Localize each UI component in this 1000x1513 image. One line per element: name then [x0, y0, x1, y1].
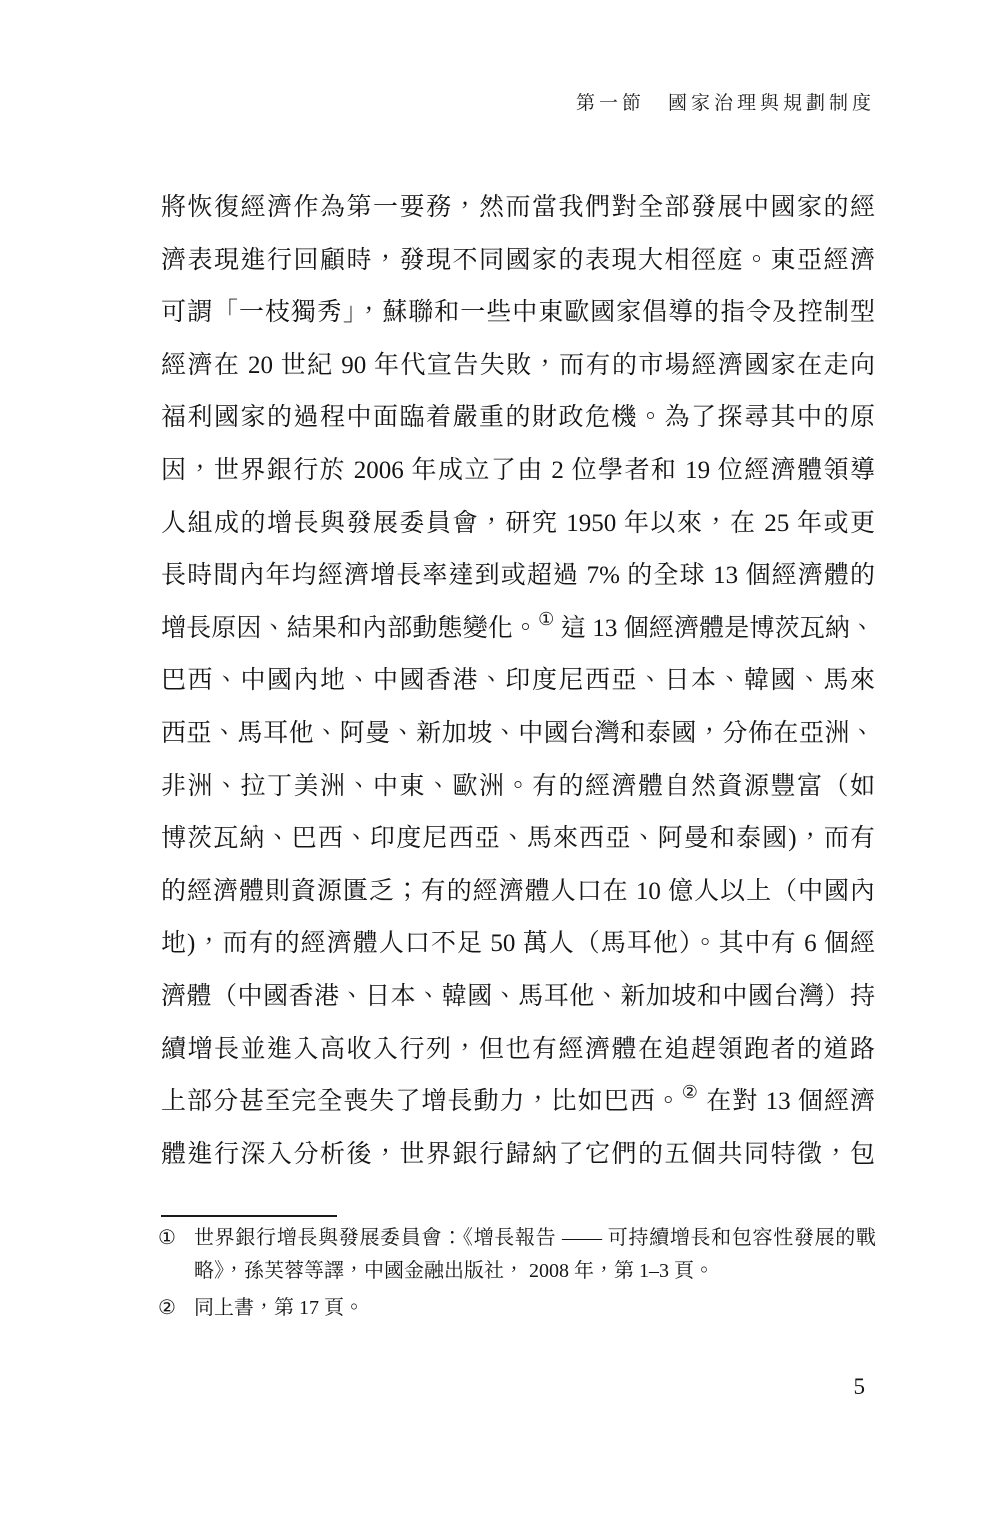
text-line-content: 在對 13 個經濟 [699, 1088, 875, 1115]
body-text-block: 將恢復經濟作為第一要務，然而當我們對全部發展中國家的經 濟表現進行回顧時，發現不… [161, 182, 875, 1181]
footnote-2-marker: ② [158, 1292, 186, 1325]
text-line-content: 將恢復經濟作為第一要務，然而當我們對全部發展中國家的經 [161, 194, 875, 221]
text-line: 可謂「一枝獨秀」，蘇聯和一些中東歐國家倡導的指令及控制型 [161, 287, 875, 340]
footnote-1-text: 世界銀行增長與發展委員會：《增長報告 —— 可持續增長和包容性發展的戰略》，孫芙… [194, 1222, 876, 1288]
text-line-content: 上部分甚至完全喪失了增長動力，比如巴西。 [161, 1088, 682, 1115]
text-line-content: 福利國家的過程中面臨着嚴重的財政危機。為了探尋其中的原 [161, 404, 875, 431]
text-line: 非洲、拉丁美洲、中東、歐洲。有的經濟體自然資源豐富（如 [161, 761, 875, 814]
text-line: 的經濟體則資源匱乏；有的經濟體人口在 10 億人以上（中國內 [161, 866, 875, 919]
text-line-content: 體進行深入分析後，世界銀行歸納了它們的五個共同特徵，包 [161, 1141, 875, 1168]
text-line-content: 西亞、馬耳他、阿曼、新加坡、中國台灣和泰國，分佈在亞洲、 [161, 720, 875, 747]
footnote-separator-rule [161, 1215, 337, 1217]
text-line-content: 濟表現進行回顧時，發現不同國家的表現大相徑庭。東亞經濟 [161, 247, 875, 274]
book-page: 第一節 國家治理與規劃制度 將恢復經濟作為第一要務，然而當我們對全部發展中國家的… [0, 0, 1000, 1513]
text-line: 博茨瓦納、巴西、印度尼西亞、馬來西亞、阿曼和泰國)，而有 [161, 813, 875, 866]
text-line: 濟體（中國香港、日本、韓國、馬耳他、新加坡和中國台灣）持 [161, 971, 875, 1024]
footnote-2-text: 同上書，第 17 頁。 [194, 1292, 876, 1325]
footnote-1-marker: ① [158, 1222, 186, 1255]
text-line-content: 增長原因、結果和內部動態變化。 [161, 615, 538, 642]
footnote-1: ① 世界銀行增長與發展委員會：《增長報告 —— 可持續增長和包容性發展的戰略》，… [158, 1222, 876, 1288]
text-line: 上部分甚至完全喪失了增長動力，比如巴西。② 在對 13 個經濟 [161, 1076, 875, 1129]
text-line-content: 可謂「一枝獨秀」，蘇聯和一些中東歐國家倡導的指令及控制型 [161, 299, 875, 326]
text-line: 西亞、馬耳他、阿曼、新加坡、中國台灣和泰國，分佈在亞洲、 [161, 708, 875, 761]
text-line: 續增長並進入高收入行列，但也有經濟體在追趕領跑者的道路 [161, 1024, 875, 1077]
footnote-ref-1: ① [538, 609, 554, 629]
text-line-content: 人組成的增長與發展委員會，研究 1950 年以來，在 25 年或更 [161, 510, 875, 537]
text-line-content: 地)，而有的經濟體人口不足 50 萬人（馬耳他）。其中有 6 個經 [161, 930, 875, 957]
footnote-2: ② 同上書，第 17 頁。 [158, 1292, 876, 1325]
text-line-content: 巴西、中國內地、中國香港、印度尼西亞、日本、韓國、馬來 [161, 667, 875, 694]
text-line-content: 博茨瓦納、巴西、印度尼西亞、馬來西亞、阿曼和泰國)，而有 [161, 825, 875, 852]
text-line: 福利國家的過程中面臨着嚴重的財政危機。為了探尋其中的原 [161, 392, 875, 445]
text-line-content: 非洲、拉丁美洲、中東、歐洲。有的經濟體自然資源豐富（如 [161, 773, 875, 800]
text-line: 經濟在 20 世紀 90 年代宣告失敗，而有的市場經濟國家在走向 [161, 340, 875, 393]
footnotes-block: ① 世界銀行增長與發展委員會：《增長報告 —— 可持續增長和包容性發展的戰略》，… [158, 1222, 876, 1325]
text-line: 將恢復經濟作為第一要務，然而當我們對全部發展中國家的經 [161, 182, 875, 235]
page-number: 5 [854, 1374, 866, 1400]
text-line: 人組成的增長與發展委員會，研究 1950 年以來，在 25 年或更 [161, 498, 875, 551]
text-line-content: 續增長並進入高收入行列，但也有經濟體在追趕領跑者的道路 [161, 1036, 875, 1063]
text-line-content: 因，世界銀行於 2006 年成立了由 2 位學者和 19 位經濟體領導 [161, 457, 875, 484]
text-line-content: 經濟在 20 世紀 90 年代宣告失敗，而有的市場經濟國家在走向 [161, 352, 875, 379]
text-line: 體進行深入分析後，世界銀行歸納了它們的五個共同特徵，包 [161, 1129, 875, 1182]
text-line: 巴西、中國內地、中國香港、印度尼西亞、日本、韓國、馬來 [161, 655, 875, 708]
text-line-content: 的經濟體則資源匱乏；有的經濟體人口在 10 億人以上（中國內 [161, 878, 875, 905]
text-line-content: 濟體（中國香港、日本、韓國、馬耳他、新加坡和中國台灣）持 [161, 983, 875, 1010]
running-header: 第一節 國家治理與規劃制度 [576, 88, 875, 115]
text-line: 地)，而有的經濟體人口不足 50 萬人（馬耳他）。其中有 6 個經 [161, 918, 875, 971]
text-line-content: 這 13 個經濟體是博茨瓦納、 [554, 615, 875, 642]
text-line: 濟表現進行回顧時，發現不同國家的表現大相徑庭。東亞經濟 [161, 235, 875, 288]
text-line: 增長原因、結果和內部動態變化。① 這 13 個經濟體是博茨瓦納、 [161, 603, 875, 656]
text-line: 因，世界銀行於 2006 年成立了由 2 位學者和 19 位經濟體領導 [161, 445, 875, 498]
text-line-content: 長時間內年均經濟增長率達到或超過 7% 的全球 13 個經濟體的 [161, 562, 875, 589]
text-line: 長時間內年均經濟增長率達到或超過 7% 的全球 13 個經濟體的 [161, 550, 875, 603]
footnote-ref-2: ② [682, 1082, 699, 1102]
